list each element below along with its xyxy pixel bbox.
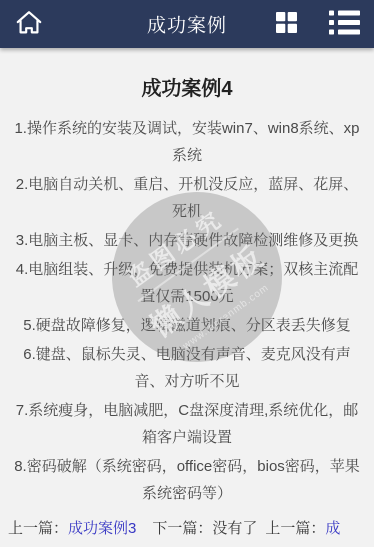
article-title: 成功案例4	[10, 72, 364, 101]
home-button[interactable]	[14, 8, 44, 41]
service-item-4: 4.电脑组装、升级，免费提供装机方案；双核主流配置仅需1500元	[10, 256, 364, 310]
menu-button[interactable]	[329, 10, 360, 38]
grid-icon	[276, 12, 297, 36]
prev2-label: 上一篇：	[265, 520, 325, 537]
prev2-article-link[interactable]: 成	[325, 520, 340, 537]
service-item-5: 5.硬盘故障修复，逻辑磁道划痕、分区表丢失修复	[10, 312, 364, 339]
service-item-8: 8.密码破解（系统密码，office密码，bios密码，苹果系统密码等）	[10, 453, 364, 507]
page-title: 成功案例	[147, 11, 227, 38]
prev-article-link[interactable]: 成功案例3	[68, 520, 136, 537]
app-header: 成功案例	[0, 0, 374, 48]
service-item-2: 2.电脑自动关机、重启、开机没反应，蓝屏、花屏、死机	[10, 171, 364, 225]
next-label: 下一篇：	[152, 520, 212, 537]
article-pager: 上一篇：成功案例3下一篇：没有了上一篇：成	[0, 517, 374, 538]
grid-view-button[interactable]	[276, 12, 297, 36]
service-item-1: 1.操作系统的安装及调试，安装win7、win8系统、xp系统	[10, 115, 364, 169]
header-actions	[276, 10, 360, 38]
list-menu-icon	[329, 10, 360, 38]
next-value: 没有了	[212, 520, 257, 537]
home-icon	[14, 8, 44, 41]
prev-label: 上一篇：	[8, 520, 68, 537]
service-item-3: 3.电脑主板、显卡、内存等硬件故障检测维修及更换	[10, 227, 364, 254]
service-item-6: 6.键盘、鼠标失灵、电脑没有声音、麦克风没有声音、对方听不见	[10, 341, 364, 395]
mobile-page: 成功案例	[0, 0, 374, 547]
service-item-7: 7.系统瘦身，电脑减肥，C盘深度清理,系统优化，邮箱客户端设置	[10, 397, 364, 451]
article-body: 成功案例4 1.操作系统的安装及调试，安装win7、win8系统、xp系统 2.…	[0, 48, 374, 507]
